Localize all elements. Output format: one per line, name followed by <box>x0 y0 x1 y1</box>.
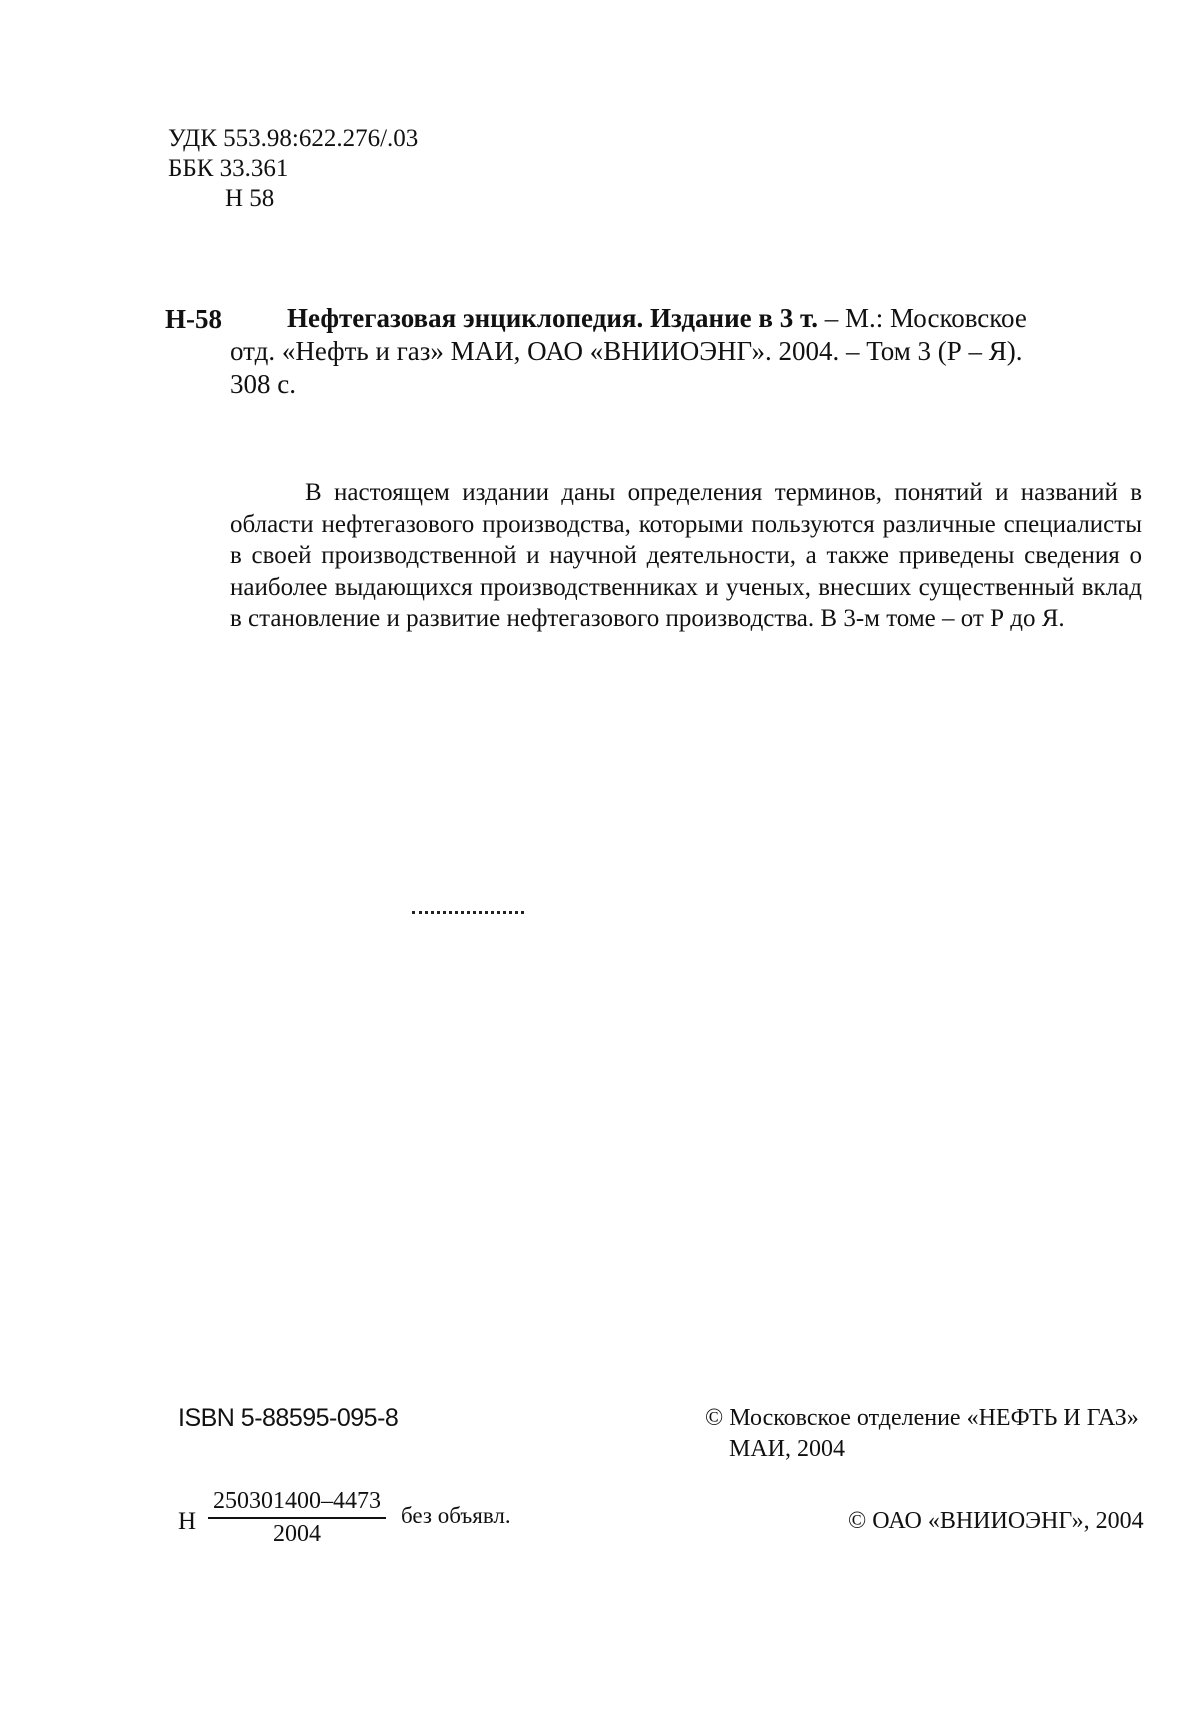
copyright-vniioeng: © ОАО «ВНИИОЭНГ», 2004 <box>848 1508 1144 1535</box>
author-mark: Н 58 <box>168 184 418 214</box>
page-count: 308 с. <box>230 368 1150 401</box>
index-fraction: 250301400–4473 2004 <box>208 1488 386 1548</box>
abstract-paragraph: В настоящем издании даны определения тер… <box>230 477 1142 635</box>
publisher-place: – М.: Московское <box>818 303 1027 333</box>
no-announcement-note: без объявл. <box>401 1503 511 1529</box>
fraction-denominator: 2004 <box>208 1519 386 1548</box>
copyright-mai: © Московское отделение «НЕФТЬ И ГАЗ» МАИ… <box>705 1403 1139 1465</box>
decorative-dotted-rule <box>412 911 524 914</box>
udk-code: УДК 553.98:622.276/.03 <box>168 124 418 154</box>
index-letter: Н <box>178 1508 196 1536</box>
classification-block: УДК 553.98:622.276/.03 ББК 33.361 Н 58 <box>168 124 418 214</box>
copyright-mai-line2: МАИ, 2004 <box>705 1434 1139 1465</box>
bibliographic-entry: Нефтегазовая энциклопедия. Издание в 3 т… <box>230 302 1150 401</box>
fraction-numerator: 250301400–4473 <box>208 1488 386 1519</box>
copyright-mai-line1: © Московское отделение «НЕФТЬ И ГАЗ» <box>705 1403 1139 1434</box>
book-title: Нефтегазовая энциклопедия. Издание в 3 т… <box>287 303 818 333</box>
publisher-line: отд. «Нефть и газ» МАИ, ОАО «ВНИИОЭНГ». … <box>230 335 1150 368</box>
isbn: ISBN 5-88595-095-8 <box>178 1404 398 1433</box>
bbk-code: ББК 33.361 <box>168 154 418 184</box>
entry-code: Н-58 <box>165 304 222 335</box>
